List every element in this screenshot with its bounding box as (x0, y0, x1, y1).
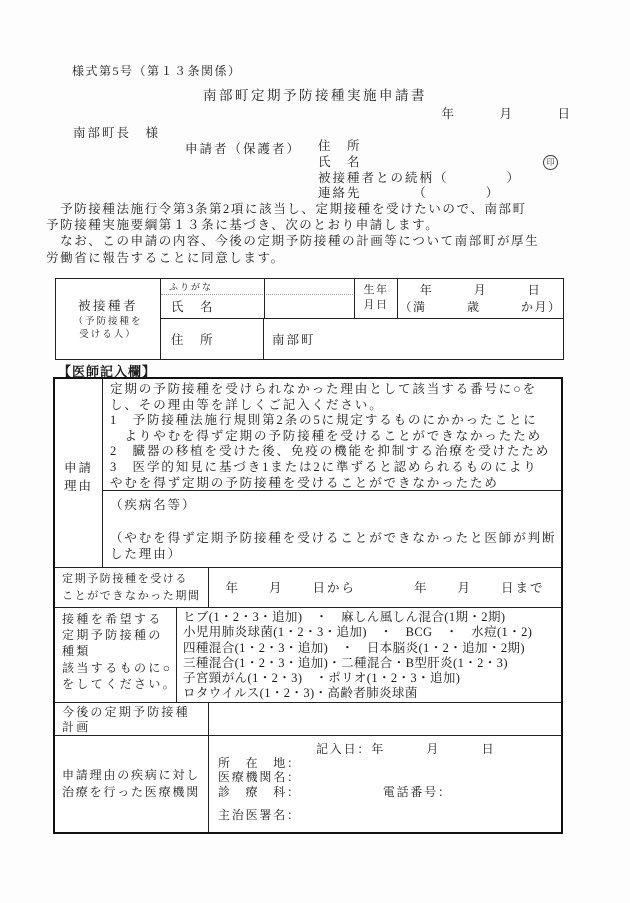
vaccine-label-line: 接種を希望する (62, 611, 176, 627)
applicant-block: 住 所 氏 名 印 被接種者との続柄（ ） 連絡先 （ ） (318, 139, 568, 202)
applicant-name-line: 氏 名 印 (318, 155, 568, 171)
disease-detail-cell[interactable]: （疾病名等） （やむを得ず定期予防接種を受けることができなかったと医師が判断 し… (103, 491, 561, 567)
medical-label-line: 治療を行った医療機関 (62, 784, 208, 802)
medical-label-line: 申請理由の疾病に対し (62, 767, 208, 785)
vaccine-option-line: 小児用肺炎球菌(1・2・3・追加) ・ BCG ・ 水痘(1・2) (183, 625, 559, 640)
vaccine-option-line: 四種混合(1・2・3・追加) ・ 日本脳炎(1・2・追加・2期) (183, 641, 559, 656)
department-label: 診 療 科： (218, 785, 301, 799)
vaccine-label-line: 該当するものに○ (62, 660, 176, 676)
vaccine-options-cell[interactable]: ヒブ(1・2・3・追加) ・ 麻しん風しん混合(1期・2期) 小児用肺炎球菌(1… (177, 608, 561, 702)
body-line: 予防接種法施行令第3条第2項に該当し、定期接種を受けたいので、南部町 (46, 201, 586, 217)
medical-label-cell: 申請理由の疾病に対し 治療を行った医療機関 (55, 736, 209, 832)
vaccine-label-line: 定期予防接種の (62, 627, 176, 643)
body-line: 労働省に報告することに同意します。 (46, 250, 586, 266)
address-value: 南部町 (272, 333, 316, 347)
vaccine-option-line: 子宮頸がん(1・2・3) ・ポリオ(1・2・3・追加) (183, 671, 559, 686)
period-label-line: 定期予防接種を受ける (62, 571, 208, 588)
period-label-line: ことができなかった期間 (62, 588, 208, 605)
judgment-label-line: （やむを得ず定期予防接種を受けることができなかったと医師が判断 (110, 530, 557, 546)
birthdate-label: 月日 (355, 298, 397, 313)
reason-text-line: 1 予防接種法施行規則第2条の5に規定するものにかかったことに (110, 413, 557, 429)
furigana-label: ふりがな (169, 280, 213, 293)
location-label: 所 在 地： (218, 756, 557, 770)
future-plan-row: 今後の定期予防接種 計画 (55, 703, 561, 736)
entry-date-format: 年 月 日 (371, 742, 495, 756)
institution-label: 医療機関名： (218, 770, 557, 784)
vaccine-option-line: ロタウイルス(1・2・3)・高齢者肺炎球菌 (183, 686, 559, 701)
recipient-note: （予防接種を (73, 316, 142, 329)
name-label-cell: ふりがな 氏 名 (161, 279, 265, 318)
reason-label: 理由 (55, 477, 102, 495)
reason-text-line: 3 医学的知見に基づき1または2に準ずると認められるものにより (110, 460, 557, 476)
period-entry-cell[interactable]: 年 月 日から 年 月 日まで (209, 568, 561, 607)
reason-text-line: 2 臓器の移植を受けた後、免疫の機能を抑制する治療を受けたため (110, 444, 557, 460)
addressee: 南部町長 様 (73, 123, 160, 141)
recipient-table: 被接種者 （予防接種を 受ける人） ふりがな 氏 名 生年 月日 年 月 日 （… (55, 278, 564, 360)
page-title: 南部町定期予防接種実施申請書 (0, 84, 630, 104)
birthdate-format: 年 月 日 (398, 282, 563, 299)
vaccine-label-line: 種類 (62, 643, 176, 659)
name-entry-cell[interactable] (265, 279, 355, 318)
medical-institution-row: 申請理由の疾病に対し 治療を行った医療機関 記入日：年 月 日 所 在 地： 医… (55, 736, 561, 832)
vaccine-label-cell: 接種を希望する 定期予防接種の 種類 該当するものに○ をしてください。 (55, 608, 177, 702)
future-plan-label-cell: 今後の定期予防接種 計画 (55, 703, 209, 735)
reason-text-line: 定期の予防接種を受けられなかった理由として該当する番号に○を (110, 382, 557, 398)
reason-text-line: し、その理由等を詳しくご記入ください。 (110, 398, 557, 414)
relation-label: 被接種者との続柄（ ） (318, 171, 568, 187)
recipient-note: 受ける人） (79, 329, 137, 342)
body-line: なお、この申請の内容、今後の定期予防接種の計画等について南部町が厚生 (46, 233, 586, 249)
form-number: 様式第5号（第１３条関係） (72, 62, 242, 79)
birthdate-label: 生年 (355, 283, 397, 298)
vaccine-option-line: ヒブ(1・2・3・追加) ・ 麻しん風しん混合(1期・2期) (183, 610, 559, 625)
period-row: 定期予防接種を受ける ことができなかった期間 年 月 日から 年 月 日まで (55, 568, 561, 608)
age-format: （満 歳 か月） (398, 299, 563, 316)
entry-date-label: 記入日： (316, 742, 371, 756)
seal-icon: 印 (543, 155, 558, 170)
reason-row: 申請 理由 定期の予防接種を受けられなかった理由として該当する番号に○を し、そ… (55, 379, 561, 568)
reason-options-cell[interactable]: 定期の予防接種を受けられなかった理由として該当する番号に○を し、その理由等を詳… (103, 379, 561, 491)
reason-text-line: よりやむを得ず定期の予防接種を受けることができなかったため (110, 429, 557, 445)
reason-text-line: やむを得ず定期の予防接種を受けることができなかったため (110, 476, 557, 492)
disease-name-label: （疾病名等） (110, 497, 557, 513)
reason-label-cell: 申請 理由 (55, 379, 103, 567)
doctor-signature-label: 主治医署名： (218, 808, 557, 822)
future-plan-label-line: 今後の定期予防接種 (62, 705, 208, 720)
phone-label: 電話番号： (383, 785, 452, 799)
vaccine-type-row: 接種を希望する 定期予防接種の 種類 該当するものに○ をしてください。 ヒブ(… (55, 608, 561, 703)
applicant-label: 申請者（保護者） (185, 139, 301, 157)
applicant-address-label: 住 所 (318, 139, 568, 155)
vaccine-option-line: 三種混合(1・2・3・追加)・二種混合・B型肝炎(1・2・3) (183, 656, 559, 671)
entry-date-line: 記入日：年 月 日 (316, 742, 557, 756)
name-row: ふりがな 氏 名 生年 月日 年 月 日 （満 歳 か月） (161, 279, 563, 319)
reason-label: 申請 (55, 459, 102, 477)
recipient-label: 被接種者 (78, 296, 138, 314)
period-label-cell: 定期予防接種を受ける ことができなかった期間 (55, 568, 209, 607)
address-label-cell: 住 所 (161, 319, 264, 359)
department-phone-line: 診 療 科：電話番号： (218, 785, 557, 799)
future-plan-label-line: 計画 (62, 720, 208, 735)
application-form-page: 様式第5号（第１３条関係） 南部町定期予防接種実施申請書 年 月 日 南部町長 … (0, 0, 630, 903)
name-row-label: 氏 名 (171, 297, 215, 315)
contact-label: 連絡先 （ ） (318, 186, 568, 202)
consent-paragraphs: 予防接種法施行令第3条第2項に該当し、定期接種を受けたいので、南部町 予防接種実… (46, 201, 586, 266)
doctor-entry-table: 申請 理由 定期の予防接種を受けられなかった理由として該当する番号に○を し、そ… (53, 377, 563, 834)
applicant-name-label: 氏 名 (318, 155, 362, 169)
body-line: 予防接種実施要綱第１３条に基づき、次のとおり申請します。 (46, 217, 586, 233)
address-entry-cell[interactable]: 南部町 (264, 330, 563, 348)
address-row-label: 住 所 (171, 330, 215, 348)
birthdate-entry-cell[interactable]: 年 月 日 （満 歳 か月） (398, 279, 563, 318)
judgment-label-line: した理由） (110, 546, 557, 562)
vaccine-label-line: をしてください。 (62, 676, 176, 692)
birthdate-label-cell: 生年 月日 (355, 279, 398, 318)
header-date-line: 年 月 日 (441, 104, 572, 122)
recipient-header-cell: 被接種者 （予防接種を 受ける人） (56, 279, 161, 359)
future-plan-entry-cell[interactable] (209, 703, 561, 735)
address-row: 住 所 南部町 (161, 319, 563, 359)
medical-entry-cell[interactable]: 記入日：年 月 日 所 在 地： 医療機関名： 診 療 科：電話番号： 主治医署… (209, 736, 561, 832)
